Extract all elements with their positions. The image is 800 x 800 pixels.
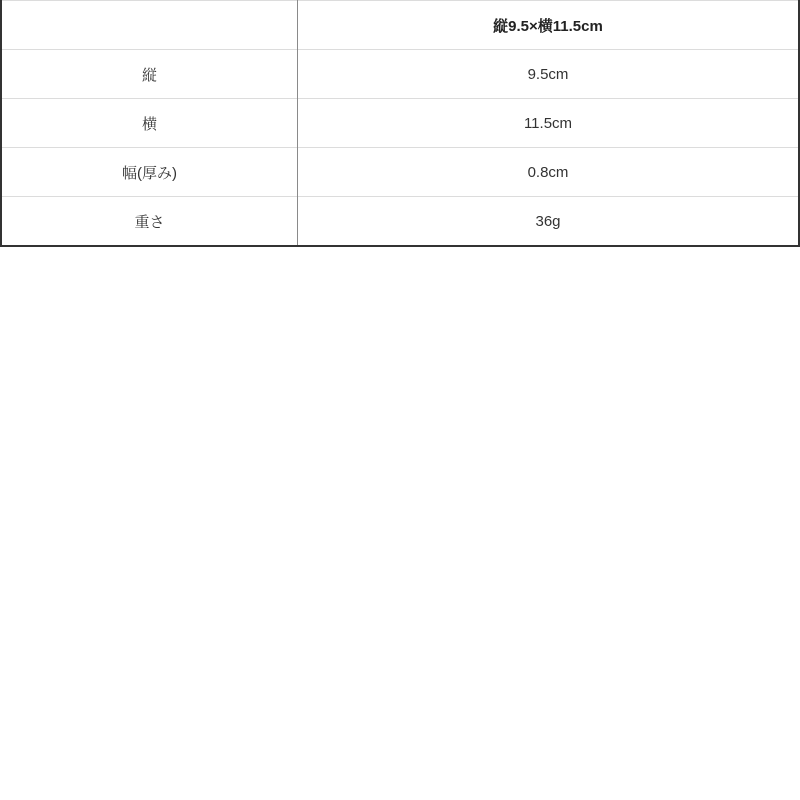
row-value-width: 11.5cm bbox=[298, 99, 800, 148]
row-value-height: 9.5cm bbox=[298, 50, 800, 99]
table-row: 幅(厚み) 0.8cm bbox=[1, 148, 799, 197]
row-value-thickness: 0.8cm bbox=[298, 148, 800, 197]
table-row: 横 11.5cm bbox=[1, 99, 799, 148]
row-label-width: 横 bbox=[1, 99, 298, 148]
row-label-height: 縦 bbox=[1, 50, 298, 99]
header-label-cell bbox=[1, 1, 298, 50]
header-size-cell: 縦9.5×横11.5cm bbox=[298, 1, 800, 50]
size-spec-table: 縦9.5×横11.5cm 縦 9.5cm 横 11.5cm 幅(厚み) 0.8c… bbox=[0, 0, 800, 247]
row-label-thickness: 幅(厚み) bbox=[1, 148, 298, 197]
row-label-weight: 重さ bbox=[1, 197, 298, 247]
table-row: 縦 9.5cm bbox=[1, 50, 799, 99]
row-value-weight: 36g bbox=[298, 197, 800, 247]
table-header-row: 縦9.5×横11.5cm bbox=[1, 1, 799, 50]
table-row: 重さ 36g bbox=[1, 197, 799, 247]
